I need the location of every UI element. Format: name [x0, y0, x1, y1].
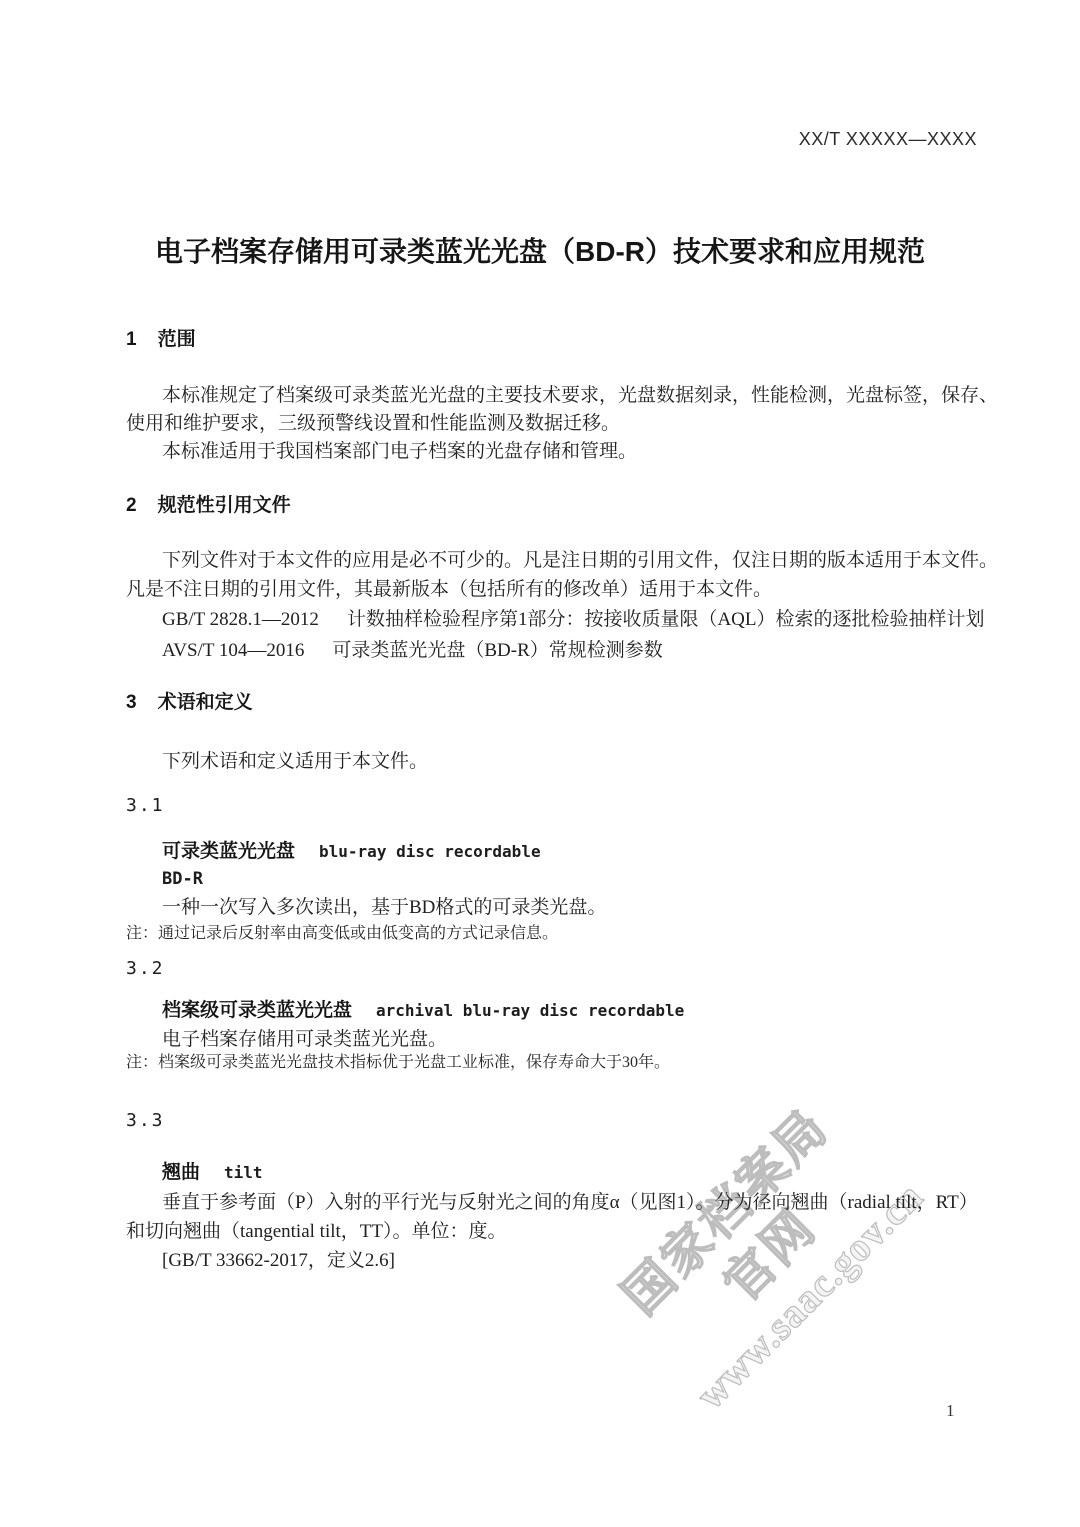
section-3-title: 术语和定义 — [158, 692, 253, 713]
s1-paragraph-line: 使用和维护要求，三级预警线设置和性能监测及数据迁移。 — [126, 412, 620, 436]
term-en: blu-ray disc recordable — [319, 842, 541, 861]
term-note: 注：档案级可录类蓝光光盘技术指标优于光盘工业标准，保存寿命大于30年。 — [126, 1053, 670, 1073]
clause-number-3-2: 3.2 — [126, 958, 165, 981]
term-source: [GB/T 33662-2017，定义2.6] — [162, 1249, 395, 1273]
term-en: tilt — [224, 1163, 263, 1182]
term-note: 注：通过记录后反射率由高变低或由低变高的方式记录信息。 — [126, 924, 558, 944]
clause-number-3-3: 3.3 — [126, 1110, 165, 1133]
term-line-3-3: 翘曲tilt — [162, 1161, 263, 1185]
term-en: archival blu-ray disc recordable — [376, 1001, 684, 1020]
term-line-3-1: 可录类蓝光光盘blu-ray disc recordable — [162, 840, 541, 864]
section-2-heading: 2规范性引用文件 — [126, 494, 291, 518]
term-line-3-2: 档案级可录类蓝光光盘archival blu-ray disc recordab… — [162, 999, 684, 1023]
term-definition: 电子档案存储用可录类蓝光光盘。 — [162, 1028, 447, 1052]
term-zh: 档案级可录类蓝光光盘 — [162, 1000, 352, 1021]
term-definition-line: 垂直于参考面（P）入射的平行光与反射光之间的角度α（见图1）。分为径向翘曲（ra… — [162, 1191, 978, 1215]
section-1-heading: 1范围 — [126, 328, 196, 352]
reference-item: GB/T 2828.1—2012计数抽样检验程序第1部分：按接收质量限（AQL）… — [162, 608, 985, 632]
section-2-number: 2 — [126, 495, 137, 516]
s2-paragraph-line: 凡是不注日期的引用文件，其最新版本（包括所有的修改单）适用于本文件。 — [126, 578, 772, 602]
reference-title: 可录类蓝光光盘（BD-R）常规检测参数 — [332, 640, 662, 661]
reference-title: 计数抽样检验程序第1部分：按接收质量限（AQL）检索的逐批检验抽样计划 — [347, 609, 985, 630]
term-abbreviation: BD-R — [162, 869, 203, 890]
section-1-title: 范围 — [158, 329, 196, 350]
section-1-number: 1 — [126, 329, 137, 350]
term-definition: 一种一次写入多次读出，基于BD格式的可录类光盘。 — [162, 896, 606, 920]
doc-title: 电子档案存储用可录类蓝光光盘（BD-R）技术要求和应用规范 — [0, 234, 1080, 269]
clause-number-3-1: 3.1 — [126, 795, 165, 818]
reference-item: AVS/T 104—2016可录类蓝光光盘（BD-R）常规检测参数 — [162, 639, 663, 663]
term-definition-line: 和切向翘曲（tangential tilt，TT）。单位：度。 — [126, 1220, 507, 1244]
s1-paragraph-line: 本标准规定了档案级可录类蓝光光盘的主要技术要求，光盘数据刻录，性能检测，光盘标签… — [162, 384, 998, 408]
section-3-heading: 3术语和定义 — [126, 691, 253, 715]
page-number: 1 — [946, 1400, 955, 1421]
doc-code: XX/T XXXXX—XXXX — [799, 128, 977, 151]
watermark-site-name: 国家档案局官网 — [593, 1079, 903, 1389]
watermark: 国家档案局官网 www.saac.gov.cn — [593, 1079, 939, 1425]
s1-paragraph-line: 本标准适用于我国档案部门电子档案的光盘存储和管理。 — [162, 440, 637, 464]
s2-paragraph-line: 下列文件对于本文件的应用是必不可少的。凡是注日期的引用文件，仅注日期的版本适用于… — [162, 549, 998, 573]
document-page: 国家档案局官网 www.saac.gov.cn XX/T XXXXX—XXXX … — [0, 0, 1080, 1527]
s3-intro-line: 下列术语和定义适用于本文件。 — [162, 750, 428, 774]
section-2-title: 规范性引用文件 — [158, 495, 291, 516]
reference-code: GB/T 2828.1—2012 — [162, 609, 319, 630]
term-zh: 可录类蓝光光盘 — [162, 841, 295, 862]
reference-code: AVS/T 104—2016 — [162, 640, 304, 661]
section-3-number: 3 — [126, 692, 137, 713]
term-zh: 翘曲 — [162, 1162, 200, 1183]
